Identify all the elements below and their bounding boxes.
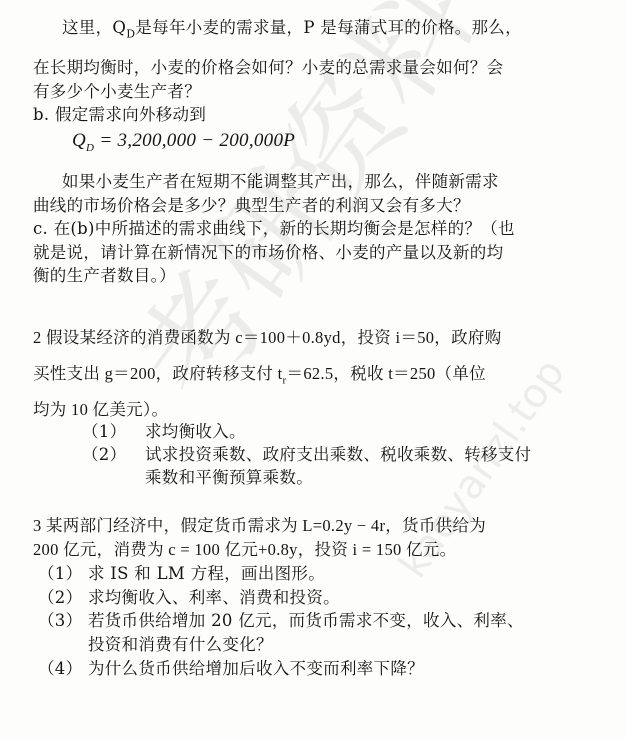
question-number: （2） — [82, 441, 126, 465]
question-text: 乘数和平衡预算乘数。 — [145, 464, 313, 488]
text-line: 就是说，请计算在新情况下的市场价格、小麦的产量以及新的均 — [33, 239, 503, 263]
text-line: b. 假定需求向外移动到 — [33, 101, 206, 125]
text-line: c. 在(b)中所描述的需求曲线下，新的长期均衡会是怎样的？（也 — [33, 215, 515, 239]
question-text: （4） 为什么货币供给增加后收入不变而利率下降？ — [38, 655, 424, 679]
text-line: 曲线的市场价格会是多少？典型生产者的利润又会有多大？ — [33, 192, 470, 216]
text-line: 这里，QD是每年小麦的需求量，P 是每蒲式耳的价格。那么， — [62, 14, 522, 40]
question-text: 投资和消费有什么变化？ — [88, 631, 273, 655]
text-line: 2 假设某经济的消费函数为 c＝100＋0.8yd，投资 i＝50，政府购 — [33, 324, 502, 348]
question-text: （3） 若货币供给增加 20 亿元，而货币需求不变，收入、利率、 — [38, 607, 524, 631]
text-line: 有多少个小麦生产者？ — [33, 78, 201, 102]
question-text: （1） 求 IS 和 LM 方程，画出图形。 — [38, 560, 325, 584]
text-line: 在长期均衡时，小麦的价格会如何？小麦的总需求量会如何？会 — [33, 54, 503, 78]
question-text: 求均衡收入。 — [145, 418, 246, 442]
text-line: 如果小麦生产者在短期不能调整其产出，那么，伴随新需求 — [62, 168, 499, 192]
text-line: 均为 10 亿美元）。 — [33, 396, 168, 420]
text-line: 200 亿元，消费为 c = 100 亿元+0.8y，投资 i = 150 亿元… — [33, 536, 456, 560]
text-line: 衡的生产者数目。） — [33, 262, 176, 286]
question-text: （2） 求均衡收入、利率、消费和投资。 — [38, 584, 340, 608]
text-line: 买性支出 g＝200，政府转移支付 tr＝62.5，税收 t＝250（单位 — [33, 360, 486, 386]
demand-equation: QD = 3,200,000 − 200,000P — [72, 130, 295, 154]
question-text: 试求投资乘数、政府支出乘数、税收乘数、转移支付 — [145, 441, 531, 465]
question-number: （1） — [82, 418, 126, 442]
text-line: 3 某两部门经济中，假定货币需求为 L=0.2y − 4r，货币供给为 — [33, 512, 486, 536]
